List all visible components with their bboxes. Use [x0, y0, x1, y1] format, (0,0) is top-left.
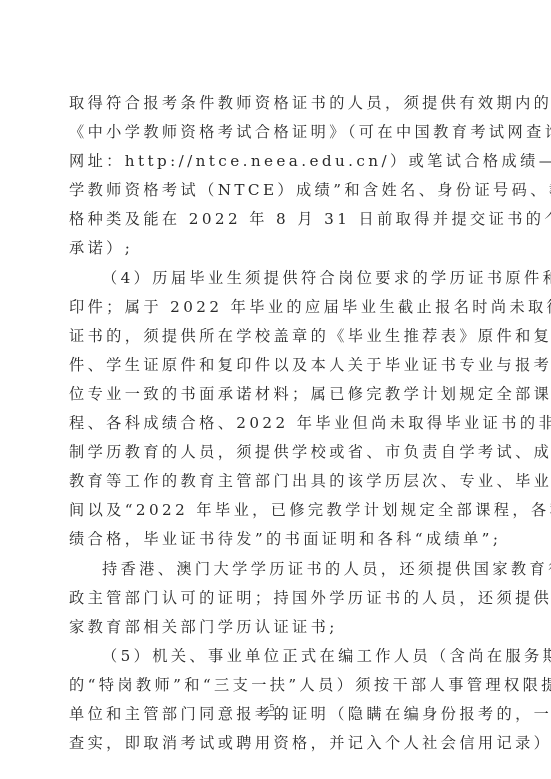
text-line: 学教师资格考试（NTCE）成绩”和含姓名、身份证号码、教师资 — [69, 176, 479, 205]
text-line: 的“特岗教师”和“三支一扶”人员）须按干部人事管理权限提供 — [69, 671, 479, 700]
text-line: （5）机关、事业单位正式在编工作人员（含尚在服务期内 — [69, 642, 479, 671]
text-line: 位专业一致的书面承诺材料；属已修完教学计划规定全部课 — [69, 380, 479, 409]
document-page: 取得符合报考条件教师资格证书的人员，须提供有效期内的 《中小学教师资格考试合格证… — [0, 0, 551, 779]
text-line: 《中小学教师资格考试合格证明》（可在中国教育考试网查询， — [69, 118, 479, 147]
text-line: 间以及“2022 年毕业，已修完教学计划规定全部课程，各科成 — [69, 496, 479, 525]
text-line: 绩合格，毕业证书待发”的书面证明和各科“成绩单”; — [69, 525, 479, 554]
text-line: 持香港、澳门大学学历证书的人员，还须提供国家教育行 — [69, 555, 479, 584]
text-line: 查实，即取消考试或聘用资格，并记入个人社会信用记录）; — [69, 729, 479, 758]
text-line: 印件；属于 2022 年毕业的应届毕业生截止报名时尚未取得学历 — [69, 293, 479, 322]
text-line: 证书的，须提供所在学校盖章的《毕业生推荐表》原件和复印 — [69, 322, 479, 351]
text-line: 制学历教育的人员，须提供学校或省、市负责自学考试、成人 — [69, 438, 479, 467]
text-line: 网址：http://ntce.neea.edu.cn/）或笔试合格成绩——“中小 — [69, 147, 479, 176]
text-line: 政主管部门认可的证明；持国外学历证书的人员，还须提供国 — [69, 584, 479, 613]
text-line: 格种类及能在 2022 年 8 月 31 日前取得并提交证书的个人书面 — [69, 205, 479, 234]
text-line: 承诺）; — [69, 234, 479, 263]
document-body: 取得符合报考条件教师资格证书的人员，须提供有效期内的 《中小学教师资格考试合格证… — [69, 89, 479, 758]
text-line: 教育等工作的教育主管部门出具的该学历层次、专业、毕业时 — [69, 467, 479, 496]
text-line: 件、学生证原件和复印件以及本人关于毕业证书专业与报考岗 — [69, 351, 479, 380]
text-line: （4）历届毕业生须提供符合岗位要求的学历证书原件和复 — [69, 264, 479, 293]
text-line: 程、各科成绩合格、2022 年毕业但尚未取得毕业证书的非全日 — [69, 409, 479, 438]
text-line: 取得符合报考条件教师资格证书的人员，须提供有效期内的 — [69, 89, 479, 118]
page-number: 5 — [258, 703, 286, 716]
text-line: 家教育部相关部门学历认证证书; — [69, 613, 479, 642]
